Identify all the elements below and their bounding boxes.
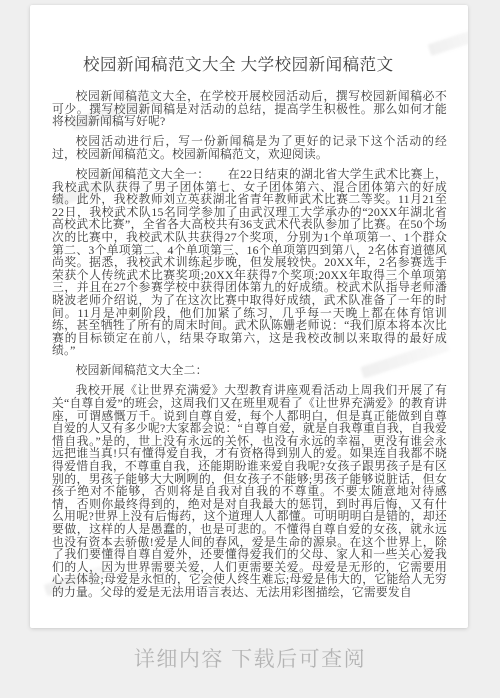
paragraph-sample-2-heading: 校园新闻稿范文大全二： xyxy=(52,364,447,377)
watermark xyxy=(428,26,468,56)
paragraph-sample-1: 校园新闻稿范文大全一： 在22日结束的湖北省大学生武术比赛上，我校武术队获得了男… xyxy=(52,168,447,357)
download-notice: 详细内容 下载后可查阅 xyxy=(0,646,500,674)
document-title: 校园新闻稿范文大全 大学校园新闻稿范文 xyxy=(83,53,447,76)
paragraph-intro: 校园新闻稿范文大全，在学校开展校园活动后，撰写校园新闻稿必不可少。撰写校园新闻稿… xyxy=(52,90,447,128)
paragraph-intro-2: 校园活动进行后，写一份新闻稿是为了更好的记录下这个活动的经过，校园新闻稿范文。校… xyxy=(52,135,447,160)
viewer-background: 校园新闻稿范文大全 大学校园新闻稿范文 校园新闻稿范文大全，在学校开展校园活动后… xyxy=(0,0,500,698)
paragraph-sample-2-body: 我校开展《让世界充满爱》大型教育讲座观看活动上周我们开展了有关“自尊自爱”的班会… xyxy=(52,384,447,598)
document-page: 校园新闻稿范文大全 大学校园新闻稿范文 校园新闻稿范文大全，在学校开展校园活动后… xyxy=(30,5,468,628)
